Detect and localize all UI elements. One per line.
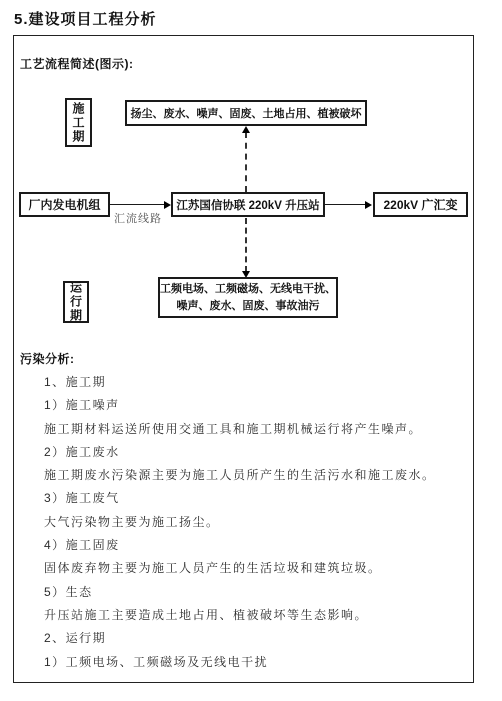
page-title: 5.建设项目工程分析 [14, 8, 157, 29]
construction-impacts-box: 扬尘、废水、噪声、固废、土地占用、植被破坏 [125, 100, 367, 126]
pollution-line: 升压站施工主要造成土地占用、植被破坏等生态影响。 [44, 604, 454, 627]
connector-station-destination [325, 204, 367, 205]
process-section-heading: 工艺流程简述(图示): [20, 55, 134, 72]
pollution-line: 4）施工固废 [44, 534, 454, 557]
pollution-line: 2）施工废水 [44, 441, 454, 464]
operation-impacts-box: 工频电场、工频磁场、无线电干扰、 噪声、废水、固废、事故油污 [158, 277, 338, 318]
operation-impacts-text: 工频电场、工频磁场、无线电干扰、 噪声、废水、固废、事故油污 [160, 281, 336, 315]
pollution-analysis-text: 1、施工期 1）施工噪声 施工期材料运送所使用交通工具和施工期机械运行将产生噪声… [44, 371, 454, 674]
construction-phase-box: 施工期 [65, 98, 92, 147]
arrow-right-icon [365, 201, 372, 209]
dashed-connector-up [245, 132, 247, 192]
line-label: 汇流线路 [114, 210, 162, 226]
arrow-right-icon [164, 201, 171, 209]
pollution-line: 2、运行期 [44, 627, 454, 650]
pollution-line: 1）工频电场、工频磁场及无线电干扰 [44, 651, 454, 674]
pollution-line: 1）施工噪声 [44, 394, 454, 417]
connector-source-station [110, 204, 166, 205]
pollution-line: 3）施工废气 [44, 487, 454, 510]
pollution-line: 施工期材料运送所使用交通工具和施工期机械运行将产生噪声。 [44, 418, 454, 441]
arrow-up-icon [242, 126, 250, 133]
pollution-line: 5）生态 [44, 581, 454, 604]
source-node-box: 厂内发电机组 [19, 192, 110, 217]
station-node-box: 江苏国信协联 220kV 升压站 [171, 192, 325, 217]
pollution-line: 施工期废水污染源主要为施工人员所产生的生活污水和施工废水。 [44, 464, 454, 487]
destination-node-box: 220kV 广汇变 [373, 192, 468, 217]
operation-phase-box: 运行期 [63, 281, 89, 323]
document-page: 5.建设项目工程分析 工艺流程简述(图示): 施工期 扬尘、废水、噪声、固废、土… [0, 0, 502, 701]
dashed-connector-down [245, 218, 247, 272]
pollution-line: 大气污染物主要为施工扬尘。 [44, 511, 454, 534]
pollution-line: 固体废弃物主要为施工人员产生的生活垃圾和建筑垃圾。 [44, 557, 454, 580]
pollution-line: 1、施工期 [44, 371, 454, 394]
pollution-section-heading: 污染分析: [20, 350, 75, 367]
